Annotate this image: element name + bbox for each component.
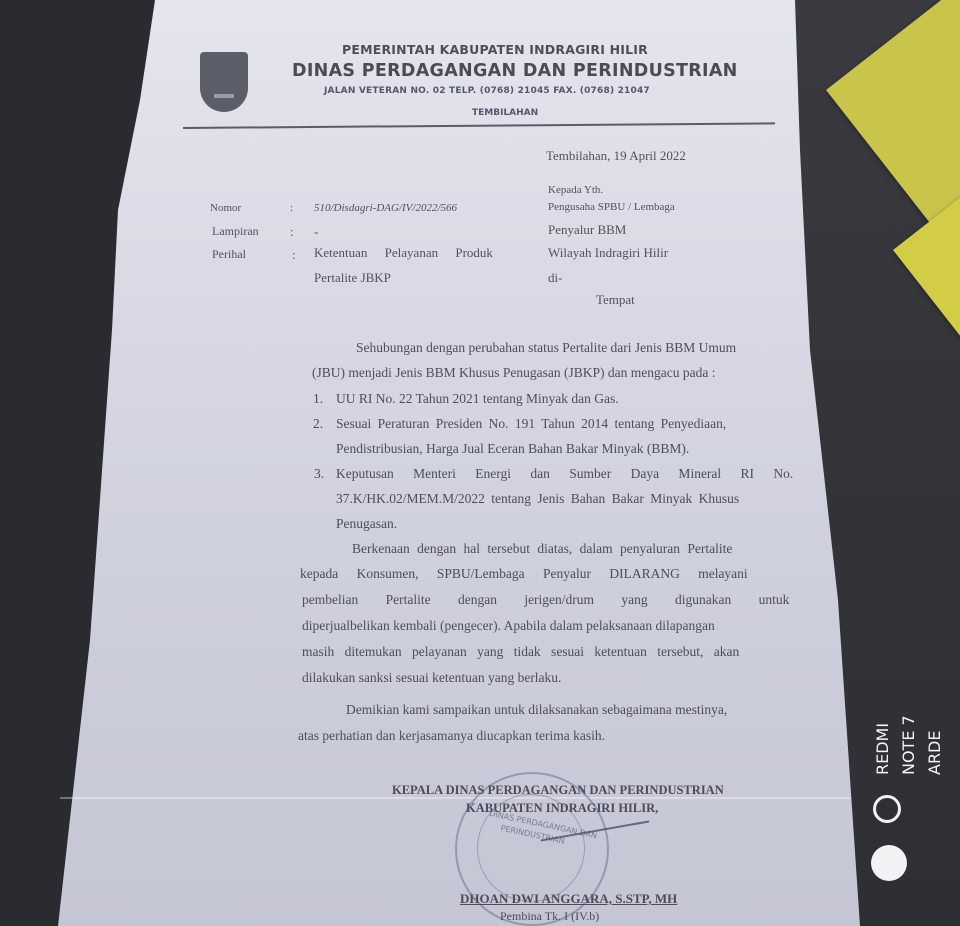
letterhead-address: JALAN VETERAN NO. 02 TELP. (0768) 21045 … <box>324 86 650 96</box>
recipient-line: Pengusaha SPBU / Lembaga <box>548 201 675 213</box>
body-text: diperjualbelikan kembali (pengecer). Apa… <box>302 618 715 634</box>
recipient-line: Tempat <box>596 292 635 308</box>
lampiran-value: - <box>314 224 318 240</box>
body-text: Demikian kami sampaikan untuk dilaksanak… <box>346 702 727 718</box>
list-item-text: UU RI No. 22 Tahun 2021 tentang Minyak d… <box>336 391 619 407</box>
recipient-line: Penyalur BBM <box>548 222 626 238</box>
watermark-dot-icon <box>871 845 907 881</box>
nomor-label: Nomor <box>210 202 241 214</box>
letter-content: PEMERINTAH KABUPATEN INDRAGIRI HILIR DIN… <box>0 0 960 926</box>
perihal-label: Perihal <box>212 247 246 262</box>
letterhead-divider <box>183 122 775 129</box>
letterhead-agency: DINAS PERDAGANGAN DAN PERINDUSTRIAN <box>292 61 738 81</box>
body-text: masih ditemukan pelayanan yang tidak ses… <box>302 644 739 660</box>
list-number: 3. <box>314 466 324 482</box>
signer-name: DHOAN DWI ANGGARA, S.STP, MH <box>460 891 677 907</box>
colon: : <box>290 202 293 214</box>
list-item-text: Penugasan. <box>336 516 397 532</box>
list-number: 1. <box>313 391 323 407</box>
body-text: kepada Konsumen, SPBU/Lembaga Penyalur D… <box>300 566 748 582</box>
signer-region: KABUPATEN INDRAGIRI HILIR, <box>466 801 658 816</box>
camera-model: REDMI NOTE 7 <box>870 685 922 775</box>
letter-date: Tembilahan, 19 April 2022 <box>546 148 686 164</box>
letterhead-government: PEMERINTAH KABUPATEN INDRAGIRI HILIR <box>342 42 648 57</box>
lampiran-label: Lampiran <box>212 224 259 239</box>
list-item-text: Keputusan Menteri Energi dan Sumber Daya… <box>336 466 793 482</box>
colon: : <box>290 224 294 240</box>
colon: : <box>292 247 296 263</box>
photographer-name: ARDE <box>922 685 948 775</box>
body-text: atas perhatian dan kerjasamanya diucapka… <box>298 728 605 744</box>
camera-watermark: REDMI NOTE 7 ARDE <box>870 685 948 775</box>
list-item-text: Sesuai Peraturan Presiden No. 191 Tahun … <box>336 416 726 432</box>
recipient-line: di- <box>548 270 562 286</box>
kabupaten-emblem-icon <box>200 52 248 112</box>
list-item-text: Pendistribusian, Harga Jual Eceran Bahan… <box>336 441 689 457</box>
perihal-value: Pertalite JBKP <box>314 270 391 286</box>
signer-title: KEPALA DINAS PERDAGANGAN DAN PERINDUSTRI… <box>392 783 724 798</box>
body-text: dilakukan sanksi sesuai ketentuan yang b… <box>302 670 561 686</box>
recipient-line: Wilayah Indragiri Hilir <box>548 245 668 261</box>
body-text: Sehubungan dengan perubahan status Perta… <box>356 340 736 356</box>
signer-rank: Pembina Tk. I (IV.b) <box>500 909 599 924</box>
nomor-value: 510/Disdagri-DAG/IV/2022/566 <box>314 202 457 214</box>
body-text: (JBU) menjadi Jenis BBM Khusus Penugasan… <box>312 365 715 381</box>
body-text: pembelian Pertalite dengan jerigen/drum … <box>302 592 789 608</box>
watermark-ring-icon <box>873 795 901 823</box>
list-item-text: 37.K/HK.02/MEM.M/2022 tentang Jenis Baha… <box>336 491 739 507</box>
letterhead-city: TEMBILAHAN <box>472 108 538 118</box>
recipient-salutation: Kepada Yth. <box>548 184 603 196</box>
list-number: 2. <box>313 416 323 432</box>
perihal-value: Ketentuan Pelayanan Produk <box>314 245 493 261</box>
body-text: Berkenaan dengan hal tersebut diatas, da… <box>352 541 732 557</box>
